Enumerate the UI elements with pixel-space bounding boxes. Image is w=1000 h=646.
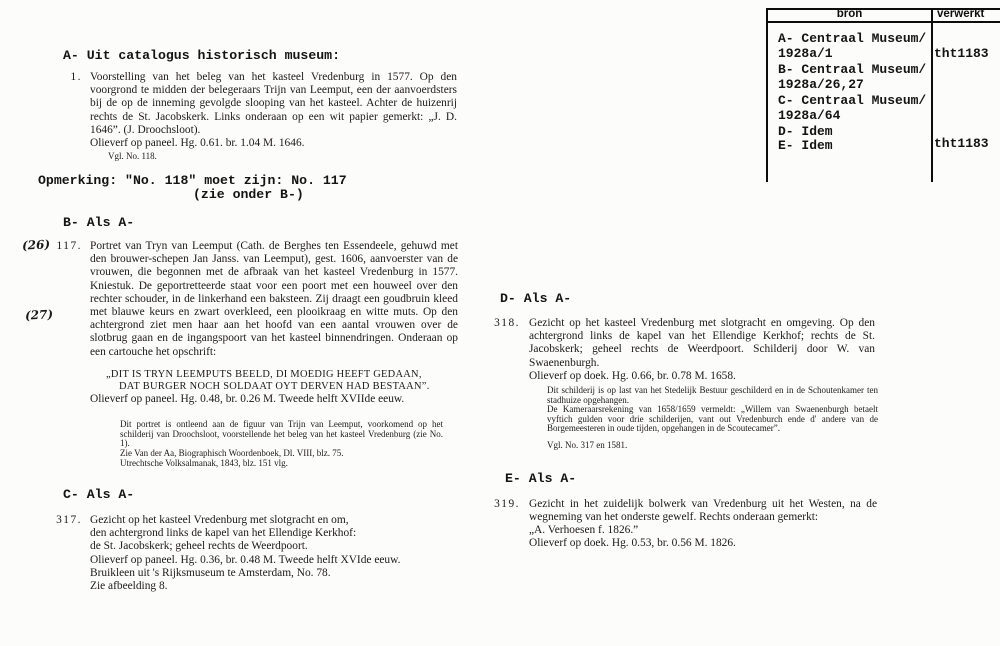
item-117-footnote-1: Dit portret is ontleend aan de figuur va… bbox=[120, 420, 443, 449]
item-117-inscription-line-1: „DIT IS TRYN LEEMPUTS BEELD, DI MOEDIG H… bbox=[106, 369, 422, 380]
margin-annotation-27: (27) bbox=[25, 307, 54, 322]
table-border-middle bbox=[931, 8, 933, 182]
item-1-medium-line: Olieverf op paneel. Hg. 0.61. br. 1.04 M… bbox=[90, 137, 305, 150]
verwerkt-column-header: verwerkt bbox=[937, 8, 984, 20]
item-117-number: 117. bbox=[38, 240, 82, 252]
table-row-a-verwerkt: tht1183 bbox=[934, 46, 989, 61]
table-row-e-bron: E- Idem bbox=[778, 138, 833, 153]
item-319-number: 319. bbox=[478, 498, 520, 510]
item-1-reference-note: Vgl. No. 118. bbox=[108, 152, 157, 162]
table-border-header bbox=[766, 21, 1000, 23]
item-318-footnote-3: Vgl. No. 317 en 1581. bbox=[547, 441, 627, 451]
remark-line-2: (zie onder B-) bbox=[193, 188, 304, 202]
table-border-left bbox=[766, 8, 768, 182]
table-row-a-bron: A- Centraal Museum/ 1928a/1 bbox=[778, 31, 926, 62]
item-318-number: 318. bbox=[478, 317, 520, 329]
scanned-catalog-page: A- Uit catalogus historisch museum: 1. V… bbox=[0, 0, 1000, 646]
item-1-description: Voorstelling van het beleg van het kaste… bbox=[90, 71, 457, 137]
table-row-c-bron: C- Centraal Museum/ 1928a/64 bbox=[778, 93, 926, 124]
table-row-e-verwerkt: tht1183 bbox=[934, 136, 989, 151]
item-1-number: 1. bbox=[40, 71, 82, 83]
section-b-heading: B- Als A- bbox=[63, 216, 134, 230]
table-row-b-bron: B- Centraal Museum/ 1928a/26,27 bbox=[778, 62, 926, 93]
item-117-description: Portret van Tryn van Leemput (Cath. de B… bbox=[90, 240, 458, 359]
item-318-footnote-1: Dit schilderij is op last van het Stedel… bbox=[547, 386, 878, 405]
item-117-footnote-3: Utrechtsche Volksalmanak, 1843, blz. 151… bbox=[120, 459, 288, 469]
remark-line-1: Opmerking: "No. 118" moet zijn: No. 117 bbox=[38, 174, 347, 188]
item-318-footnote-2: De Kameraarsrekening van 1658/1659 verme… bbox=[547, 405, 878, 434]
item-318-medium-line: Olieverf op doek. Hg. 0.66, br. 0.78 M. … bbox=[529, 370, 736, 383]
item-319-signature-line: „A. Verhoesen f. 1826.” bbox=[529, 524, 638, 537]
item-319-description: Gezicht in het zuidelijk bolwerk van Vre… bbox=[529, 498, 877, 524]
item-117-medium-lines: Olieverf op paneel. Hg. 0.48, br. 0.26 M… bbox=[90, 393, 458, 406]
item-318-description: Gezicht op het kasteel Vredenburg met sl… bbox=[529, 317, 875, 370]
section-d-heading: D- Als A- bbox=[500, 292, 571, 306]
item-117-inscription-line-2: DAT BURGER NOCH SOLDAAT OYT DERVEN HAD B… bbox=[119, 381, 430, 392]
item-317-lines: Gezicht op het kasteel Vredenburg met sl… bbox=[90, 514, 470, 593]
item-319-medium-line: Olieverf op doek. Hg. 0.53, br. 0.56 M. … bbox=[529, 537, 736, 550]
item-317-number: 317. bbox=[38, 514, 82, 526]
section-a-heading: A- Uit catalogus historisch museum: bbox=[63, 49, 340, 63]
section-e-heading: E- Als A- bbox=[505, 472, 576, 486]
section-c-heading: C- Als A- bbox=[63, 488, 134, 502]
bron-column-header: bron bbox=[768, 8, 931, 20]
